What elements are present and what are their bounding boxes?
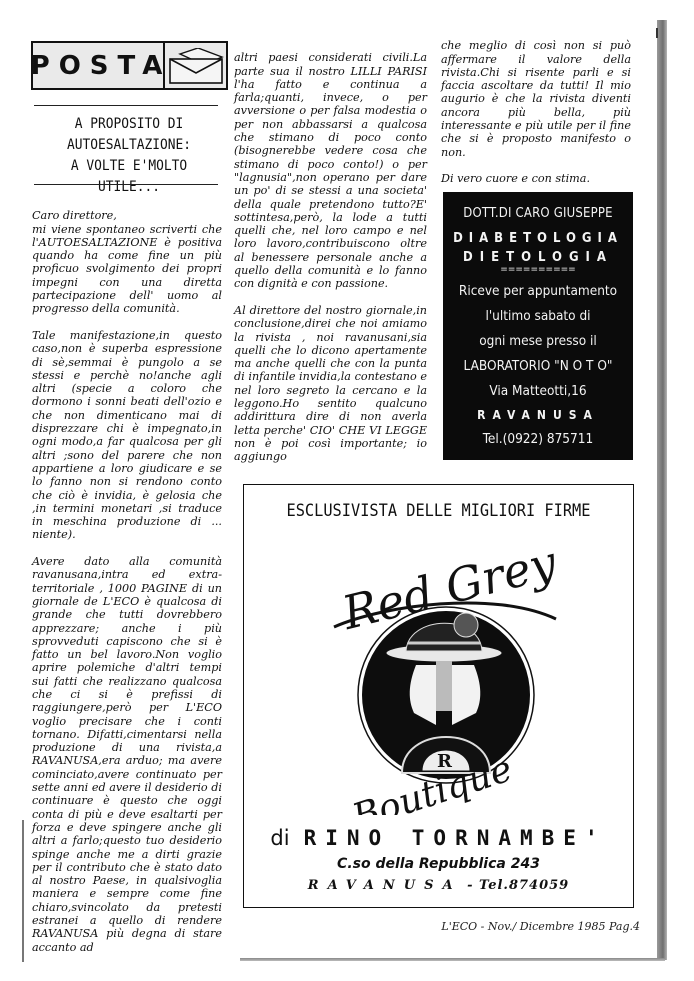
page-edge-shadow: [657, 20, 667, 960]
letter-column-1: Caro direttore, mi viene spontaneo scriv…: [32, 196, 222, 967]
specialty: DIETOLOGIA: [443, 250, 633, 265]
shop-address: C.so della Repubblica 243: [244, 856, 633, 872]
red-grey-boutique-logo: Red Grey R Boutique: [324, 535, 564, 815]
page-edge-left: [22, 820, 24, 962]
headline-line: AUTOESALTAZIONE:: [42, 135, 217, 156]
owner-name: RINO TORNAMBE': [304, 826, 607, 850]
paragraph: altri paesi considerati civili.La parte …: [234, 51, 427, 290]
ad-line: ogni mese presso il: [443, 333, 633, 349]
specialty: DIABETOLOGIA: [443, 231, 633, 246]
owner-line: diRINO TORNAMBE': [244, 826, 633, 850]
ad-phone: Tel.(0922) 875711: [443, 431, 633, 447]
paragraph: che meglio di così non si può affermare …: [441, 39, 631, 159]
ad-address: Via Matteotti,16: [443, 383, 633, 399]
section-header-posta: POSTA: [31, 41, 228, 90]
ad-line: LABORATORIO "N O T O": [443, 358, 633, 374]
doctor-advertisement: DOTT.DI CARO GIUSEPPE DIABETOLOGIA DIETO…: [443, 192, 633, 460]
paragraph: Tale manifestazione,in questo caso,non è…: [32, 329, 222, 542]
shop-contact: RAVANUSA - Tel.874059: [244, 878, 633, 893]
divider-top: [34, 105, 218, 106]
letter-column-2: altri paesi considerati civili.La parte …: [234, 38, 427, 477]
section-title: POSTA: [33, 43, 165, 88]
paragraph: Al direttore del nostro giornale,in conc…: [234, 304, 427, 464]
owner-prefix: di: [270, 826, 289, 850]
page-footer: L'ECO - Nov./ Dicembre 1985 Pag.4: [420, 920, 640, 933]
shop-city: RAVANUSA: [308, 878, 462, 893]
envelope-icon: [165, 43, 226, 88]
paragraph: Di vero cuore e con stima.: [441, 172, 631, 185]
headline-line: A PROPOSITO DI: [42, 114, 217, 135]
paragraph: Caro direttore, mi viene spontaneo scriv…: [32, 209, 222, 315]
ad-divider: ==========: [443, 264, 633, 275]
shop-phone: - Tel.874059: [462, 878, 570, 893]
ad-title: ESCLUSIVISTA DELLE MIGLIORI FIRME: [263, 501, 613, 521]
headline-line: A VOLTE E'MOLTO UTILE...: [42, 156, 217, 198]
ad-line: l'ultimo sabato di: [443, 308, 633, 324]
ad-line: Riceve per appuntamento: [443, 283, 633, 299]
scan-mark: [656, 28, 658, 38]
article-headline: A PROPOSITO DI AUTOESALTAZIONE: A VOLTE …: [42, 114, 217, 198]
page-edge-bottom: [240, 958, 665, 961]
divider-bottom: [34, 184, 218, 185]
doctor-name: DOTT.DI CARO GIUSEPPE: [443, 206, 633, 221]
ad-city: RAVANUSA: [443, 408, 633, 422]
paragraph: Avere dato alla comunità ravanusana,intr…: [32, 555, 222, 954]
boutique-advertisement: ESCLUSIVISTA DELLE MIGLIORI FIRME Red Gr…: [243, 484, 634, 908]
